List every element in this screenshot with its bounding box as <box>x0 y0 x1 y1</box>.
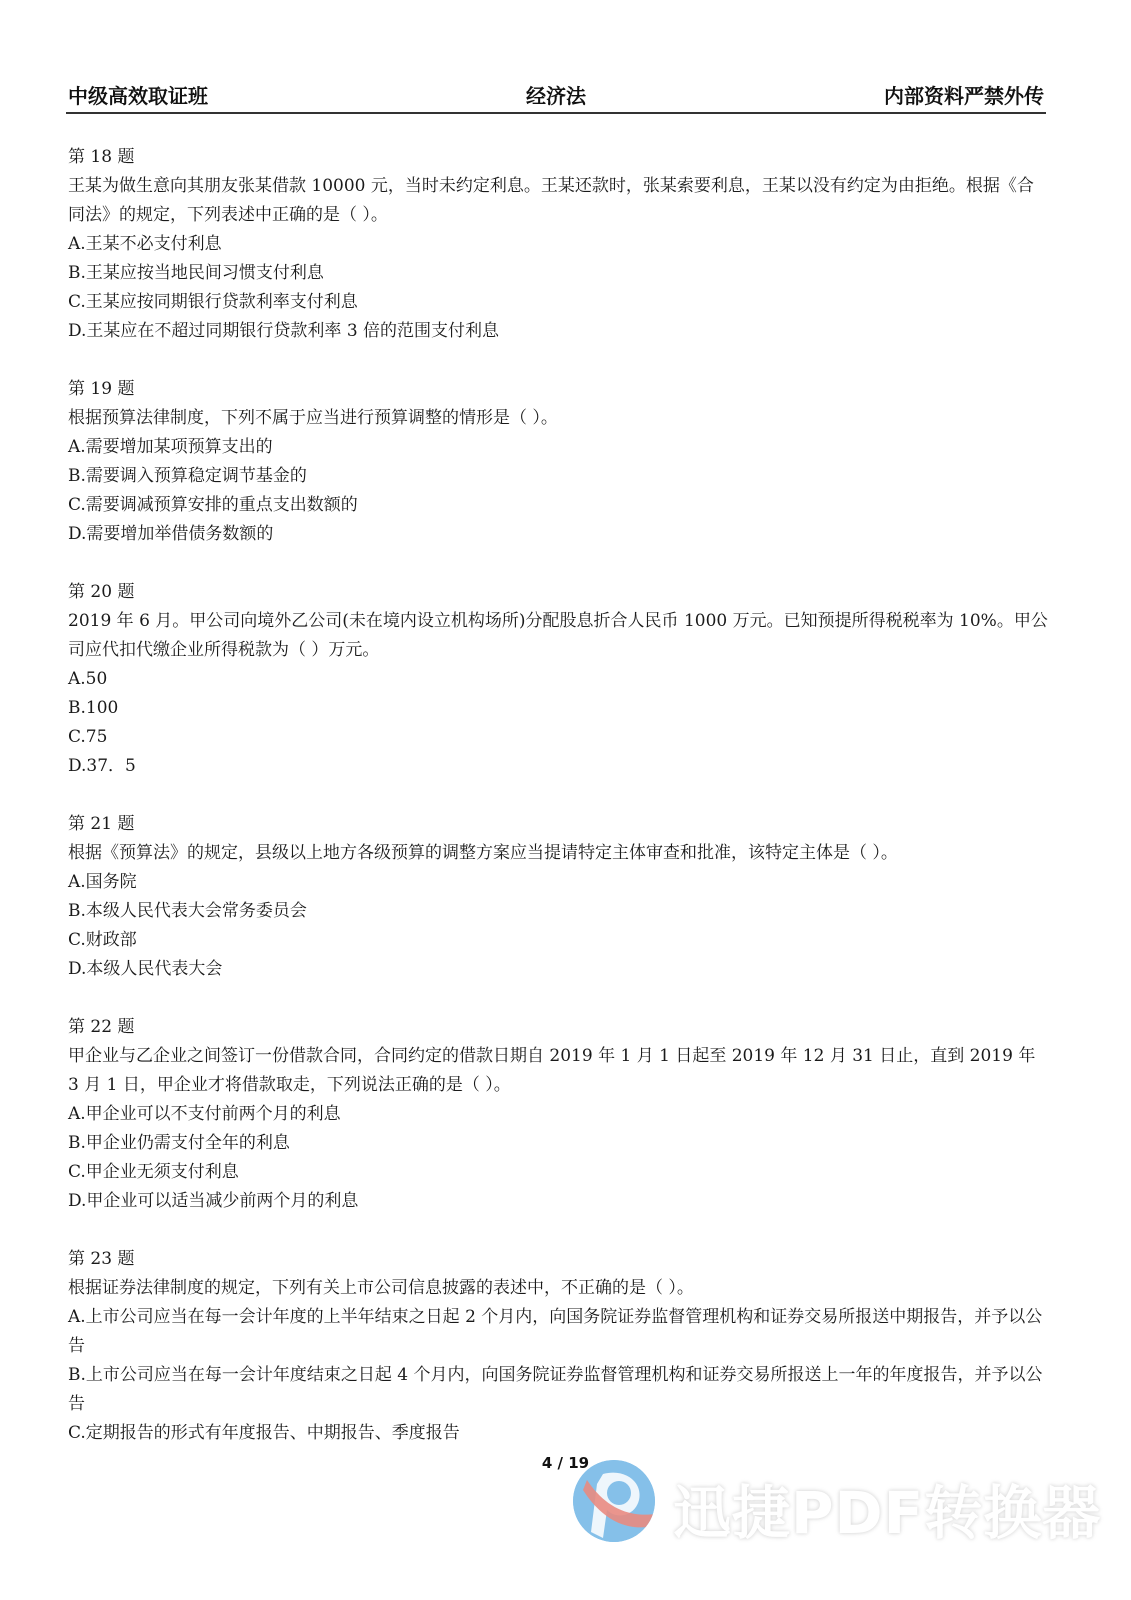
question-22: 第 22 题 甲企业与乙企业之间签订一份借款合同，合同约定的借款日期自 2019… <box>68 1013 1048 1216</box>
option-a: A.上市公司应当在每一会计年度的上半年结束之日起 2 个月内，向国务院证券监督管… <box>68 1303 1048 1361</box>
option-c: C.75 <box>68 723 1048 752</box>
option-a: A.国务院 <box>68 868 1048 897</box>
question-number: 第 20 题 <box>68 578 1048 607</box>
page-header: 中级高效取证班 经济法 内部资料严禁外传 <box>68 80 1044 110</box>
option-b: B.上市公司应当在每一会计年度结束之日起 4 个月内，向国务院证券监督管理机构和… <box>68 1361 1048 1419</box>
question-list: 第 18 题 王某为做生意向其朋友张某借款 10000 元，当时未约定利息。王某… <box>68 143 1048 1477</box>
option-d: D.需要增加举借债务数额的 <box>68 520 1048 549</box>
option-a: A.王某不必支付利息 <box>68 230 1048 259</box>
header-divider <box>66 112 1046 114</box>
question-number: 第 19 题 <box>68 375 1048 404</box>
question-number: 第 21 题 <box>68 810 1048 839</box>
question-number: 第 18 题 <box>68 143 1048 172</box>
option-c: C.甲企业无须支付利息 <box>68 1158 1048 1187</box>
option-a: A.甲企业可以不支付前两个月的利息 <box>68 1100 1048 1129</box>
question-stem: 王某为做生意向其朋友张某借款 10000 元，当时未约定利息。王某还款时，张某索… <box>68 172 1048 230</box>
option-b: B.甲企业仍需支付全年的利息 <box>68 1129 1048 1158</box>
option-b: B.需要调入预算稳定调节基金的 <box>68 462 1048 491</box>
option-b: B.100 <box>68 694 1048 723</box>
question-stem: 2019 年 6 月。甲公司向境外乙公司(未在境内设立机构场所)分配股息折合人民… <box>68 607 1048 665</box>
question-stem: 根据证券法律制度的规定，下列有关上市公司信息披露的表述中，不正确的是（ ）。 <box>68 1274 1048 1303</box>
question-number: 第 22 题 <box>68 1013 1048 1042</box>
option-c: C.定期报告的形式有年度报告、中期报告、季度报告 <box>68 1419 1048 1448</box>
option-a: A.需要增加某项预算支出的 <box>68 433 1048 462</box>
question-18: 第 18 题 王某为做生意向其朋友张某借款 10000 元，当时未约定利息。王某… <box>68 143 1048 346</box>
question-stem: 根据《预算法》的规定，县级以上地方各级预算的调整方案应当提请特定主体审查和批准，… <box>68 839 1048 868</box>
option-d: D.37．5 <box>68 752 1048 781</box>
option-b: B.本级人民代表大会常务委员会 <box>68 897 1048 926</box>
option-c: C.财政部 <box>68 926 1048 955</box>
option-d: D.甲企业可以适当减少前两个月的利息 <box>68 1187 1048 1216</box>
option-b: B.王某应按当地民间习惯支付利息 <box>68 259 1048 288</box>
question-19: 第 19 题 根据预算法律制度，下列不属于应当进行预算调整的情形是（ ）。 A.… <box>68 375 1048 549</box>
option-d: D.本级人民代表大会 <box>68 955 1048 984</box>
option-c: C.需要调减预算安排的重点支出数额的 <box>68 491 1048 520</box>
question-stem: 甲企业与乙企业之间签订一份借款合同，合同约定的借款日期自 2019 年 1 月 … <box>68 1042 1048 1100</box>
option-c: C.王某应按同期银行贷款利率支付利息 <box>68 288 1048 317</box>
option-d: D.王某应在不超过同期银行贷款利率 3 倍的范围支付利息 <box>68 317 1048 346</box>
question-stem: 根据预算法律制度，下列不属于应当进行预算调整的情形是（ ）。 <box>68 404 1048 433</box>
question-20: 第 20 题 2019 年 6 月。甲公司向境外乙公司(未在境内设立机构场所)分… <box>68 578 1048 781</box>
watermark: 迅捷PDF转换器 <box>573 1458 983 1558</box>
question-23: 第 23 题 根据证券法律制度的规定，下列有关上市公司信息披露的表述中，不正确的… <box>68 1245 1048 1448</box>
question-number: 第 23 题 <box>68 1245 1048 1274</box>
option-a: A.50 <box>68 665 1048 694</box>
pdf-converter-logo-icon <box>573 1460 655 1542</box>
watermark-text: 迅捷PDF转换器 <box>673 1466 1101 1550</box>
question-21: 第 21 题 根据《预算法》的规定，县级以上地方各级预算的调整方案应当提请特定主… <box>68 810 1048 984</box>
confidential-notice: 内部资料严禁外传 <box>884 80 1044 109</box>
